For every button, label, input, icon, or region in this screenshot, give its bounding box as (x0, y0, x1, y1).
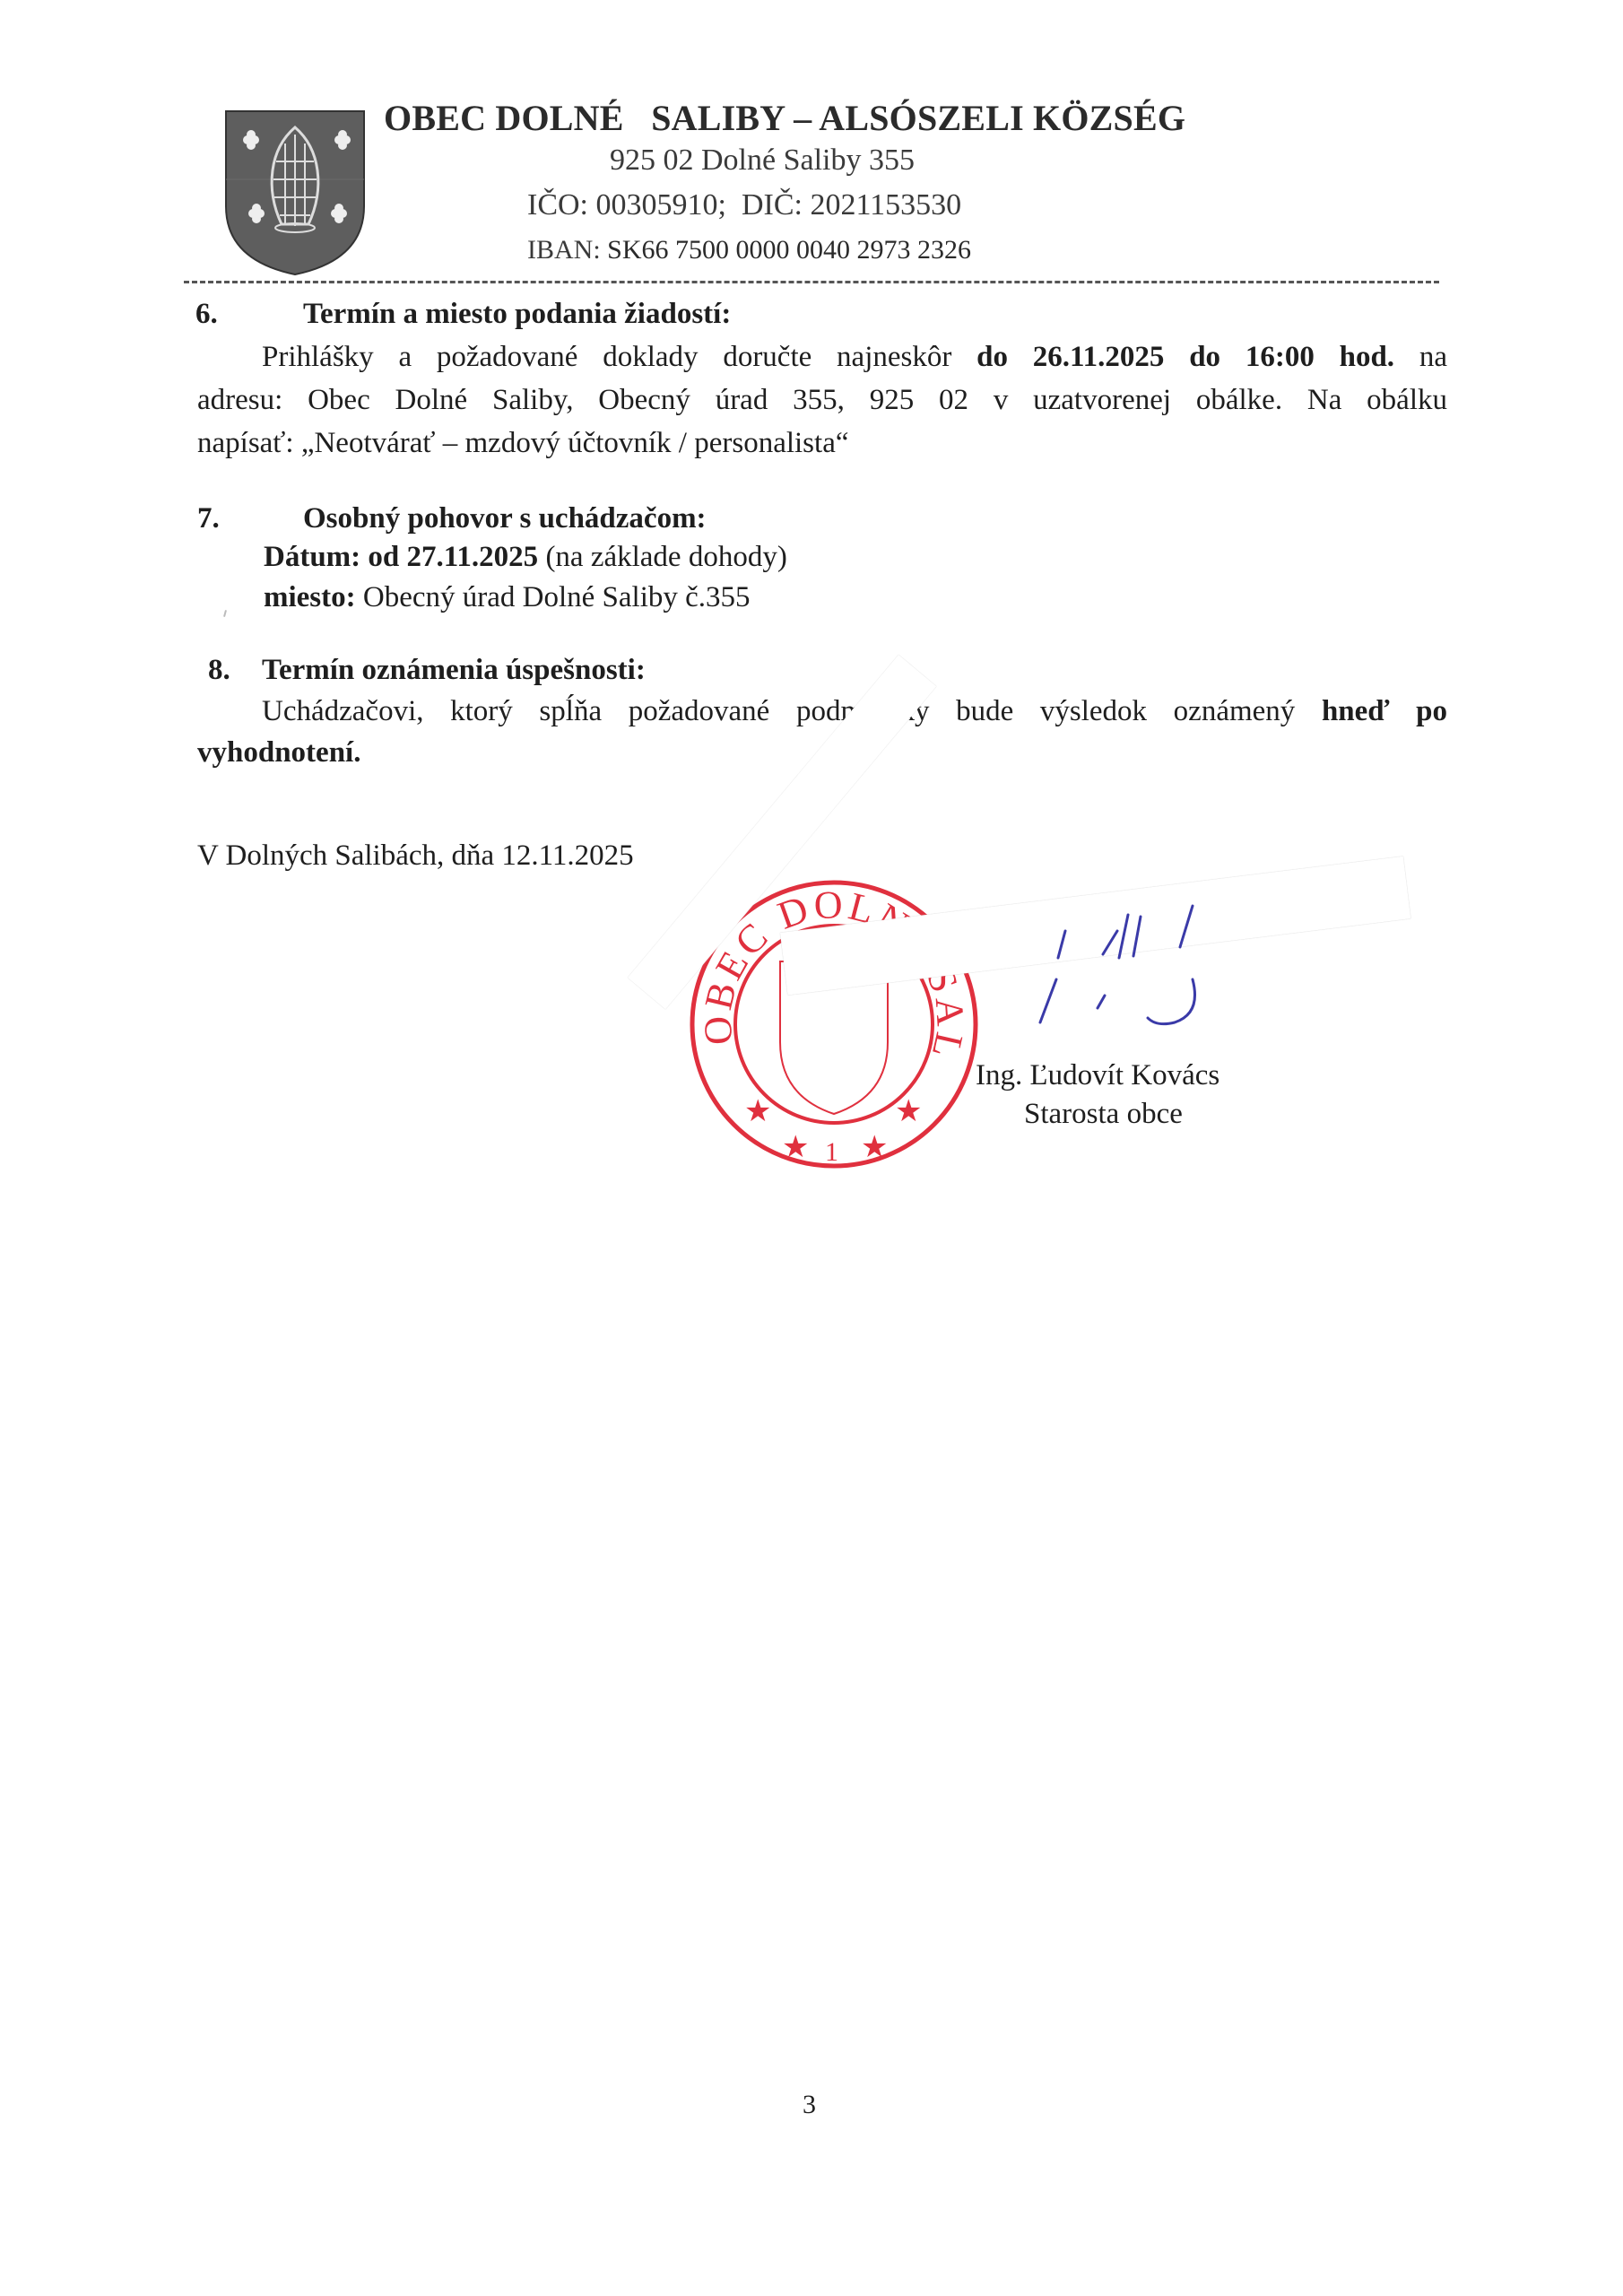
section-8-title: Termín oznámenia úspešnosti: (262, 648, 646, 691)
date-note: (na základe dohody) (538, 541, 787, 573)
svg-text:★: ★ (744, 1095, 771, 1128)
section-6-number: 6. (195, 292, 218, 335)
iban-label: IBAN: (527, 235, 607, 265)
emphasis-text: hneď po (1322, 695, 1447, 727)
svg-text:1: 1 (825, 1137, 838, 1167)
iban-value: SK66 7500 0000 0040 2973 2326 (607, 235, 971, 265)
text-run: Prihlášky a požadované doklady doručte n… (262, 341, 976, 373)
svg-text:★: ★ (895, 1095, 922, 1128)
organization-address: 925 02 Dolné Saliby 355 (610, 143, 915, 178)
page-number: 3 (803, 2090, 816, 2120)
handwritten-signature-icon (986, 879, 1327, 1040)
section-6-paragraph-line2: adresu: Obec Dolné Saliby, Obecný úrad 3… (197, 378, 1447, 422)
text-run: na (1394, 341, 1447, 373)
place-value: Obecný úrad Dolné Saliby č.355 (356, 581, 751, 613)
section-6-paragraph-line3: napísať: „Neotvárať – mzdový účtovník / … (197, 422, 848, 465)
deadline-text: do 26.11.2025 do 16:00 hod. (976, 341, 1394, 373)
section-8-paragraph-line2: vyhodnotení. (197, 731, 360, 774)
organization-ids: IČO: 00305910; DIČ: 2021153530 (527, 188, 961, 222)
signer-role: Starosta obce (1024, 1092, 1183, 1135)
header-divider (184, 281, 1439, 283)
place-label: miesto: (264, 581, 356, 613)
svg-text:★: ★ (861, 1131, 888, 1164)
section-7-title: Osobný pohovor s uchádzačom: (303, 497, 707, 540)
coat-of-arms-icon (222, 108, 368, 278)
svg-text:★: ★ (782, 1131, 809, 1164)
scan-speck (223, 610, 227, 617)
section-6-paragraph-line1: Prihlášky a požadované doklady doručte n… (262, 335, 1447, 378)
section-8-number: 8. (208, 648, 230, 691)
organization-iban: IBAN: SK66 7500 0000 0040 2973 2326 (527, 235, 971, 265)
organization-name: OBEC DOLNÉ SALIBY – ALSÓSZELI KÖZSÉG (384, 97, 1185, 139)
section-7-number: 7. (197, 497, 220, 540)
section-6-title: Termín a miesto podania žiadostí: (303, 292, 731, 335)
text-run: Uchádzačovi, ktorý spĺňa požadované podm… (262, 695, 1322, 727)
date-label: Dátum: od 27.11.2025 (264, 541, 538, 573)
signer-name: Ing. Ľudovít Kovács (976, 1054, 1219, 1097)
place-and-date: V Dolných Salibách, dňa 12.11.2025 (197, 834, 634, 877)
interview-place: miesto: Obecný úrad Dolné Saliby č.355 (264, 576, 751, 619)
interview-date: Dátum: od 27.11.2025 (na základe dohody) (264, 535, 787, 578)
